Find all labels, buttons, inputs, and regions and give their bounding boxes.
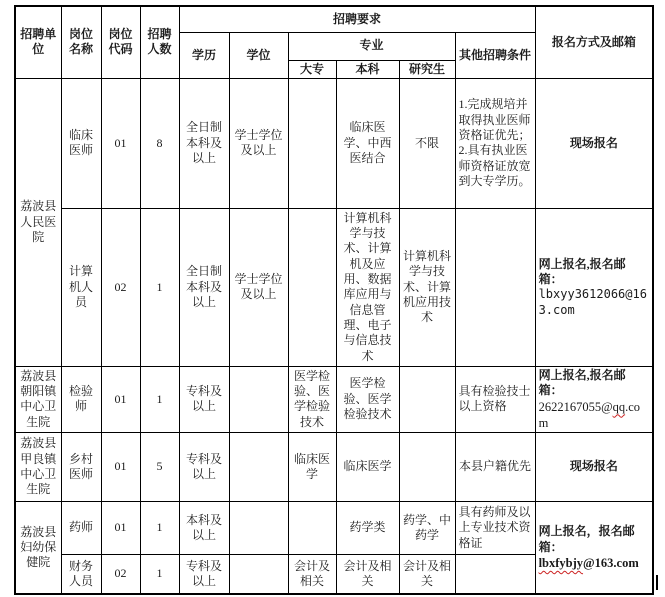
cell-education: 专科及以上 — [179, 554, 229, 594]
cell-count: 8 — [140, 78, 179, 208]
header-education: 学历 — [179, 32, 229, 78]
cell-position: 临床医师 — [61, 78, 101, 208]
recruitment-table: 招聘单位 岗位名称 岗位代码 招聘人数 招聘要求 报名方式及邮箱 学历 学位 专… — [14, 5, 654, 595]
cell-count: 5 — [140, 432, 179, 501]
cell-code: 02 — [101, 554, 140, 594]
cell-major-junior — [288, 78, 336, 208]
header-requirements: 招聘要求 — [179, 6, 535, 32]
email-prefix: 2622167055@ — [539, 400, 613, 414]
cell-apply-method: 网上报名，报名邮箱： lbxfybjy@163.com — [535, 501, 653, 594]
header-count: 招聘人数 — [140, 6, 179, 78]
header-graduate: 研究生 — [399, 60, 455, 78]
cell-code: 01 — [101, 78, 140, 208]
cell-code: 01 — [101, 501, 140, 554]
cell-count: 1 — [140, 366, 179, 432]
email-spellcheck-flag: lbxfybjy — [539, 556, 583, 570]
header-unit: 招聘单位 — [15, 6, 61, 78]
cell-other-conditions: 具有检验技士以上资格 — [455, 366, 535, 432]
cell-major-graduate: 计算机科学与技术、计算机应用技术 — [399, 208, 455, 366]
apply-email: 2622167055@qq.com — [539, 399, 650, 431]
cell-major-bachelor: 会计及相关 — [336, 554, 399, 594]
cell-education: 全日制本科及以上 — [179, 78, 229, 208]
cell-major-bachelor: 临床医学 — [336, 432, 399, 501]
header-apply-method: 报名方式及邮箱 — [535, 6, 653, 78]
cell-education: 全日制本科及以上 — [179, 208, 229, 366]
cell-degree: 学士学位及以上 — [229, 78, 288, 208]
cell-major-graduate: 不限 — [399, 78, 455, 208]
cell-degree — [229, 554, 288, 594]
cell-major-junior — [288, 208, 336, 366]
cell-degree — [229, 432, 288, 501]
cell-position: 药师 — [61, 501, 101, 554]
header-code: 岗位代码 — [101, 6, 140, 78]
cell-apply-method: 网上报名,报名邮箱： lbxyy3612066@163.com — [535, 208, 653, 366]
cell-education: 专科及以上 — [179, 432, 229, 501]
apply-method-label: 网上报名,报名邮箱： — [539, 257, 650, 288]
cell-position: 计算机人员 — [61, 208, 101, 366]
cell-education: 本科及以上 — [179, 501, 229, 554]
apply-email: lbxfybjy@163.com — [539, 555, 650, 571]
table-row: 荔波县妇幼保健院 药师 01 1 本科及以上 药学类 药学、中药学 具有药师及以… — [15, 501, 653, 554]
apply-email: lbxyy3612066@163.com — [539, 287, 650, 318]
cell-position: 检验师 — [61, 366, 101, 432]
header-junior-college: 大专 — [288, 60, 336, 78]
cell-major-bachelor: 临床医学、中西医结合 — [336, 78, 399, 208]
cell-count: 1 — [140, 208, 179, 366]
cell-major-bachelor: 医学检验、医学检验技术 — [336, 366, 399, 432]
header-major: 专业 — [288, 32, 455, 60]
cell-code: 02 — [101, 208, 140, 366]
cell-degree — [229, 501, 288, 554]
table-row: 荔波县甲良镇中心卫生院 乡村医师 01 5 专科及以上 临床医学 临床医学 本县… — [15, 432, 653, 501]
cell-degree — [229, 366, 288, 432]
cell-other-conditions — [455, 208, 535, 366]
cell-apply-method: 现场报名 — [535, 78, 653, 208]
cell-other-conditions: 1.完成规培并取得执业医师资格证优先；2.具有执业医师资格证放宽到大专学历。 — [455, 78, 535, 208]
header-other-conditions: 其他招聘条件 — [455, 32, 535, 78]
cell-apply-method: 现场报名 — [535, 432, 653, 501]
email-spellcheck-flag: qq — [613, 400, 626, 414]
apply-method-label: 网上报名，报名邮箱： — [539, 524, 650, 555]
cell-unit: 荔波县人民医院 — [15, 78, 61, 366]
cell-code: 01 — [101, 432, 140, 501]
cell-count: 1 — [140, 554, 179, 594]
apply-method-label: 网上报名,报名邮箱： — [539, 368, 650, 399]
header-bachelor: 本科 — [336, 60, 399, 78]
email-suffix: @163.com — [583, 556, 639, 570]
cursor-paragraph-mark — [656, 575, 658, 590]
table-row: 荔波县人民医院 临床医师 01 8 全日制本科及以上 学士学位及以上 临床医学、… — [15, 78, 653, 208]
cell-unit: 荔波县朝阳镇中心卫生院 — [15, 366, 61, 432]
cell-major-bachelor: 药学类 — [336, 501, 399, 554]
table-row: 荔波县朝阳镇中心卫生院 检验师 01 1 专科及以上 医学检验、医学检验技术 医… — [15, 366, 653, 432]
cell-other-conditions: 具有药师及以上专业技术资格证 — [455, 501, 535, 554]
cell-major-graduate: 会计及相关 — [399, 554, 455, 594]
cell-degree: 学士学位及以上 — [229, 208, 288, 366]
cell-major-bachelor: 计算机科学与技术、计算机及应用、数据库应用与信息管理、电子与信息技术 — [336, 208, 399, 366]
cell-other-conditions — [455, 554, 535, 594]
cell-major-graduate — [399, 366, 455, 432]
cell-education: 专科及以上 — [179, 366, 229, 432]
cell-position: 财务人员 — [61, 554, 101, 594]
cell-other-conditions: 本县户籍优先 — [455, 432, 535, 501]
cell-major-junior: 会计及相关 — [288, 554, 336, 594]
table-row: 计算机人员 02 1 全日制本科及以上 学士学位及以上 计算机科学与技术、计算机… — [15, 208, 653, 366]
cell-major-junior: 医学检验、医学检验技术 — [288, 366, 336, 432]
header-position: 岗位名称 — [61, 6, 101, 78]
cell-unit: 荔波县妇幼保健院 — [15, 501, 61, 594]
cell-position: 乡村医师 — [61, 432, 101, 501]
cell-major-junior — [288, 501, 336, 554]
cell-apply-method: 网上报名,报名邮箱： 2622167055@qq.com — [535, 366, 653, 432]
cell-major-graduate: 药学、中药学 — [399, 501, 455, 554]
cell-unit: 荔波县甲良镇中心卫生院 — [15, 432, 61, 501]
cell-count: 1 — [140, 501, 179, 554]
cell-major-junior: 临床医学 — [288, 432, 336, 501]
cell-code: 01 — [101, 366, 140, 432]
header-degree: 学位 — [229, 32, 288, 78]
cell-major-graduate — [399, 432, 455, 501]
